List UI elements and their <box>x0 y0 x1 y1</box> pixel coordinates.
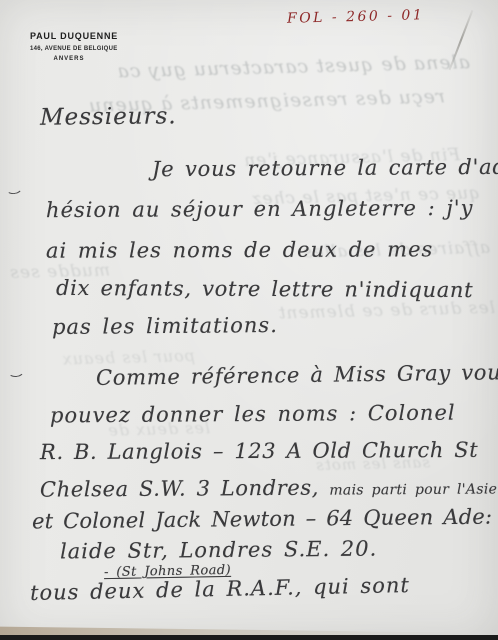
handwritten-line: hésion au séjour en Angleterre : j'y <box>46 196 474 222</box>
handwritten-line: laide Str, Londres S.E. 20. <box>60 537 377 564</box>
handwritten-line: Chelsea S.W. 3 Londres, mais parti pour … <box>40 474 497 501</box>
handwritten-line: et Colonel Jack Newton – 64 Queen Ade: <box>32 505 492 534</box>
salutation: Messieurs. <box>40 103 177 130</box>
handwritten-line: ai mis les noms de deux de mes <box>46 237 433 262</box>
scanned-letter-page: PAUL DUQUENNE 146, AVENUE DE BELGIQUE AN… <box>0 0 498 640</box>
margin-mark <box>7 365 24 378</box>
handwritten-line: Comme référence à Miss Gray vous <box>96 360 498 390</box>
scan-edge <box>0 635 498 640</box>
handwritten-line: dix enfants, votre lettre n'indiquant <box>56 276 473 302</box>
line-main: Chelsea S.W. 3 Londres, <box>40 476 319 502</box>
letterhead-address: 146, AVENUE DE BELGIQUE <box>30 46 108 52</box>
archival-code: FOL - 260 - 01 <box>287 7 425 27</box>
handwritten-line: tous deux de la R.A.F., qui sont <box>30 573 410 605</box>
handwritten-line: R. B. Langlois – 123 A Old Church St <box>40 438 478 464</box>
handwritten-line: pouvez donner les noms : Colonel <box>50 401 456 428</box>
handwritten-line: Je vous retourne la carte d'ad <box>152 155 498 181</box>
margin-mark <box>5 182 22 195</box>
handwritten-line: pas les limitations. <box>52 313 278 339</box>
letterhead-name: PAUL DUQUENNE <box>30 31 108 41</box>
letterhead: PAUL DUQUENNE 146, AVENUE DE BELGIQUE AN… <box>30 31 108 62</box>
line-suffix-cramped: mais parti pour l'Asie <box>329 481 497 498</box>
